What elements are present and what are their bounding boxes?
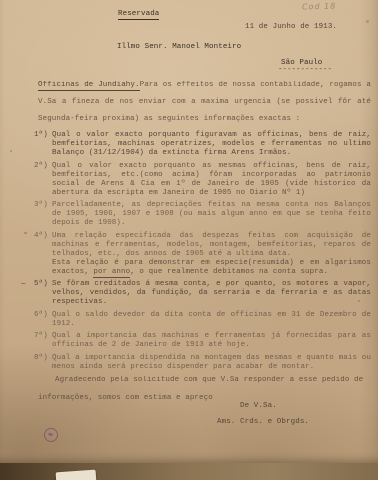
item-text: Qual o valor exacto porquanto figuravam … xyxy=(52,131,371,158)
scanned-letter: Cod 18 Reservada 11 de Junho de 1913. Il… xyxy=(0,0,378,480)
item-number: 4ª) xyxy=(34,232,52,277)
paper-speck xyxy=(10,150,12,152)
item-note-underlined: por anno xyxy=(93,268,130,278)
list-item: — 5ª) Se fôram creditados á mesma conta,… xyxy=(34,280,371,307)
paper-speck xyxy=(366,20,369,23)
item-number: 3ª) xyxy=(34,201,52,228)
intro-subject: Officinas de Jundiahy. xyxy=(38,81,140,91)
item-number: 1ª) xyxy=(34,131,52,158)
list-item: 2ª) Qual o valor exacto porquanto as mes… xyxy=(34,162,371,198)
item-number: 8ª) xyxy=(34,354,52,372)
list-item: 3ª) Parcelladamente, as depreciações fei… xyxy=(34,201,371,228)
item-number: 2ª) xyxy=(34,162,52,198)
item-text: Se fôram creditados á mesma conta, e por… xyxy=(52,280,371,307)
item-note-post: , o que realmente debitamos na conta sup… xyxy=(130,268,328,276)
margin-dash-mark: — xyxy=(21,280,26,288)
item-text: Qual o saldo devedor da dita conta de of… xyxy=(52,311,371,329)
paper-speck xyxy=(358,300,360,302)
pencil-annotation: Cod 18 xyxy=(302,2,337,12)
list-item: 4ª) Uma relação especificada das despeza… xyxy=(34,232,371,277)
item-number: 7ª) xyxy=(34,332,52,350)
place-underline-dashes: ------------ xyxy=(278,66,332,74)
list-item: 8ª) Qual a importancia dispendida na mon… xyxy=(34,354,371,372)
item-text: Qual o valor exacto porquanto as mesmas … xyxy=(52,162,371,198)
signature-line: Ams. Crds. e Obrgds. xyxy=(217,418,309,426)
item-text: Uma relação especificada das despezas fe… xyxy=(52,232,371,277)
signoff-line: De V.Sa. xyxy=(240,402,277,410)
circular-ink-stamp-icon xyxy=(43,427,60,444)
item-text: Qual a importancia dispendida na montage… xyxy=(52,354,371,372)
letter-paper: Cod 18 Reservada 11 de Junho de 1913. Il… xyxy=(0,0,378,463)
list-item: 7ª) Qual a importancia das machinas e fe… xyxy=(34,332,371,350)
recipient-line: Illmo Senr. Manoel Monteiro xyxy=(117,43,241,51)
request-items-list: 1ª) Qual o valor exacto porquanto figura… xyxy=(34,131,371,375)
list-item: 1ª) Qual o valor exacto porquanto figura… xyxy=(34,131,371,158)
paper-fragment xyxy=(56,470,97,480)
item-note: Esta relação é para demonstrar em especi… xyxy=(52,259,371,277)
item-text-main: Uma relação especificada das despezas fe… xyxy=(52,232,371,258)
classification-label: Reservada xyxy=(118,10,159,18)
item-text: Qual a importancia das machinas e ferram… xyxy=(52,332,371,350)
item-text: Parcelladamente, as depreciações feitas … xyxy=(52,201,371,228)
closing-paragraph: Agradecendo pela solicitude com que V.Sa… xyxy=(38,372,371,407)
item-number: 6ª) xyxy=(34,311,52,329)
intro-paragraph: Officinas de Jundiahy.Para os effeitos d… xyxy=(38,77,371,128)
paper-speck xyxy=(24,232,27,234)
letter-date: 11 de Junho de 1913. xyxy=(245,23,337,31)
item-number: 5ª) xyxy=(34,280,52,307)
list-item: 6ª) Qual o saldo devedor da dita conta d… xyxy=(34,311,371,329)
